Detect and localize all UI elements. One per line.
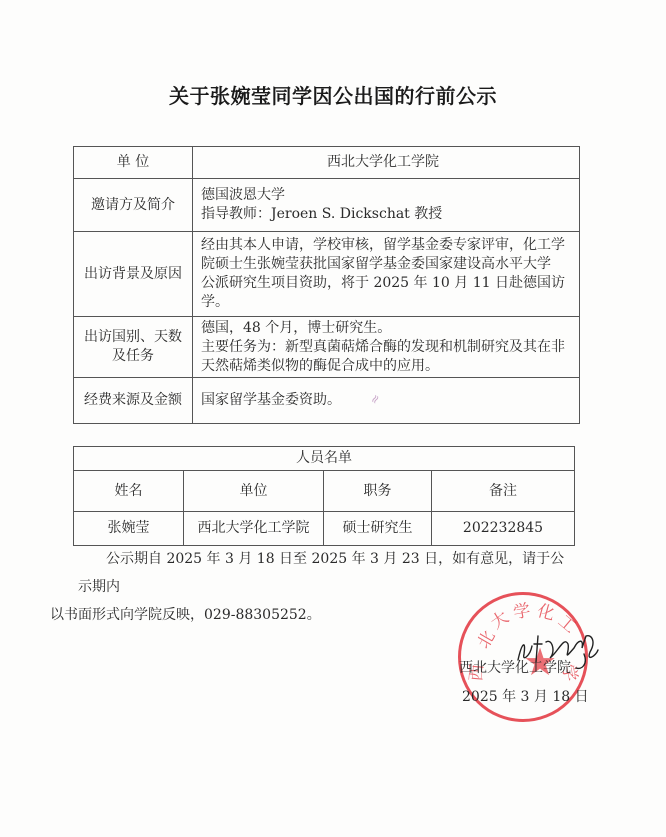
info-row-unit: 单 位 西北大学化工学院 bbox=[74, 147, 580, 179]
info-value-line: 经由其本人申请，学校审核，留学基金委专家评审，化工学 bbox=[201, 236, 573, 255]
info-value-line: 天然萜烯类似物的酶促合成中的应用。 bbox=[201, 357, 573, 376]
page-title: 关于张婉莹同学因公出国的行前公示 bbox=[0, 80, 666, 109]
cell-name: 张婉莹 bbox=[74, 512, 184, 546]
people-heading-row: 人员名单 bbox=[74, 447, 575, 471]
cell-note: 202232845 bbox=[432, 512, 575, 546]
signature-unit: 西北大学化工学院 bbox=[459, 657, 571, 677]
info-value: 德国，48 个月，博士研究生。 主要任务为：新型真菌萜烯合酶的发现和机制研究及其… bbox=[193, 317, 580, 378]
people-heading: 人员名单 bbox=[74, 447, 575, 471]
column-header: 单位 bbox=[184, 471, 324, 512]
people-header-row: 姓名 单位 职务 备注 bbox=[74, 471, 575, 512]
info-value: 经由其本人申请，学校审核，留学基金委专家评审，化工学 院硕士生张婉莹获批国家留学… bbox=[193, 232, 580, 317]
info-value-line: 院硕士生张婉莹获批国家留学基金委国家建设高水平大学 bbox=[201, 255, 573, 274]
notice-line: 公示期自 2025 年 3 月 18 日至 2025 年 3 月 23 日，如有… bbox=[78, 551, 564, 595]
info-value-line: 主要任务为：新型真菌萜烯合酶的发现和机制研究及其在非 bbox=[201, 338, 573, 357]
info-row-inviter: 邀请方及简介 德国波恩大学 指导教师：Jeroen S. Dickschat 教… bbox=[74, 179, 580, 232]
cell-position: 硕士研究生 bbox=[324, 512, 432, 546]
info-row-funding: 经费来源及金额 国家留学基金委资助。 bbox=[74, 378, 580, 424]
info-value: 西北大学化工学院 bbox=[193, 147, 580, 179]
info-table: 单 位 西北大学化工学院 邀请方及简介 德国波恩大学 指导教师：Jeroen S… bbox=[73, 146, 580, 424]
info-label-line: 及任务 bbox=[74, 347, 192, 366]
info-label-line: 出访国别、天数 bbox=[74, 328, 192, 347]
people-table: 人员名单 姓名 单位 职务 备注 张婉莹 西北大学化工学院 硕士研究生 2022… bbox=[73, 446, 575, 546]
info-value-line: 公派研究生项目资助，将于 2025 年 10 月 11 日赴德国访学。 bbox=[201, 274, 573, 312]
info-row-task: 出访国别、天数 及任务 德国，48 个月，博士研究生。 主要任务为：新型真菌萜烯… bbox=[74, 317, 580, 378]
info-value-line: 德国，48 个月，博士研究生。 bbox=[201, 319, 573, 338]
info-label: 出访国别、天数 及任务 bbox=[74, 317, 193, 378]
cell-unit: 西北大学化工学院 bbox=[184, 512, 324, 546]
info-label: 单 位 bbox=[74, 147, 193, 179]
signature-date: 2025 年 3 月 18 日 bbox=[462, 686, 589, 706]
column-header: 备注 bbox=[432, 471, 575, 512]
info-label: 经费来源及金额 bbox=[74, 378, 193, 424]
info-value-line: 指导教师：Jeroen S. Dickschat 教授 bbox=[201, 205, 573, 224]
info-label: 邀请方及简介 bbox=[74, 179, 193, 232]
column-header: 姓名 bbox=[74, 471, 184, 512]
info-row-background: 出访背景及原因 经由其本人申请，学校审核，留学基金委专家评审，化工学 院硕士生张… bbox=[74, 232, 580, 317]
info-label: 出访背景及原因 bbox=[74, 232, 193, 317]
column-header: 职务 bbox=[324, 471, 432, 512]
info-value-line: 德国波恩大学 bbox=[201, 186, 573, 205]
info-value: 国家留学基金委资助。 bbox=[193, 378, 580, 424]
table-row: 张婉莹 西北大学化工学院 硕士研究生 202232845 bbox=[74, 512, 575, 546]
info-value: 德国波恩大学 指导教师：Jeroen S. Dickschat 教授 bbox=[193, 179, 580, 232]
